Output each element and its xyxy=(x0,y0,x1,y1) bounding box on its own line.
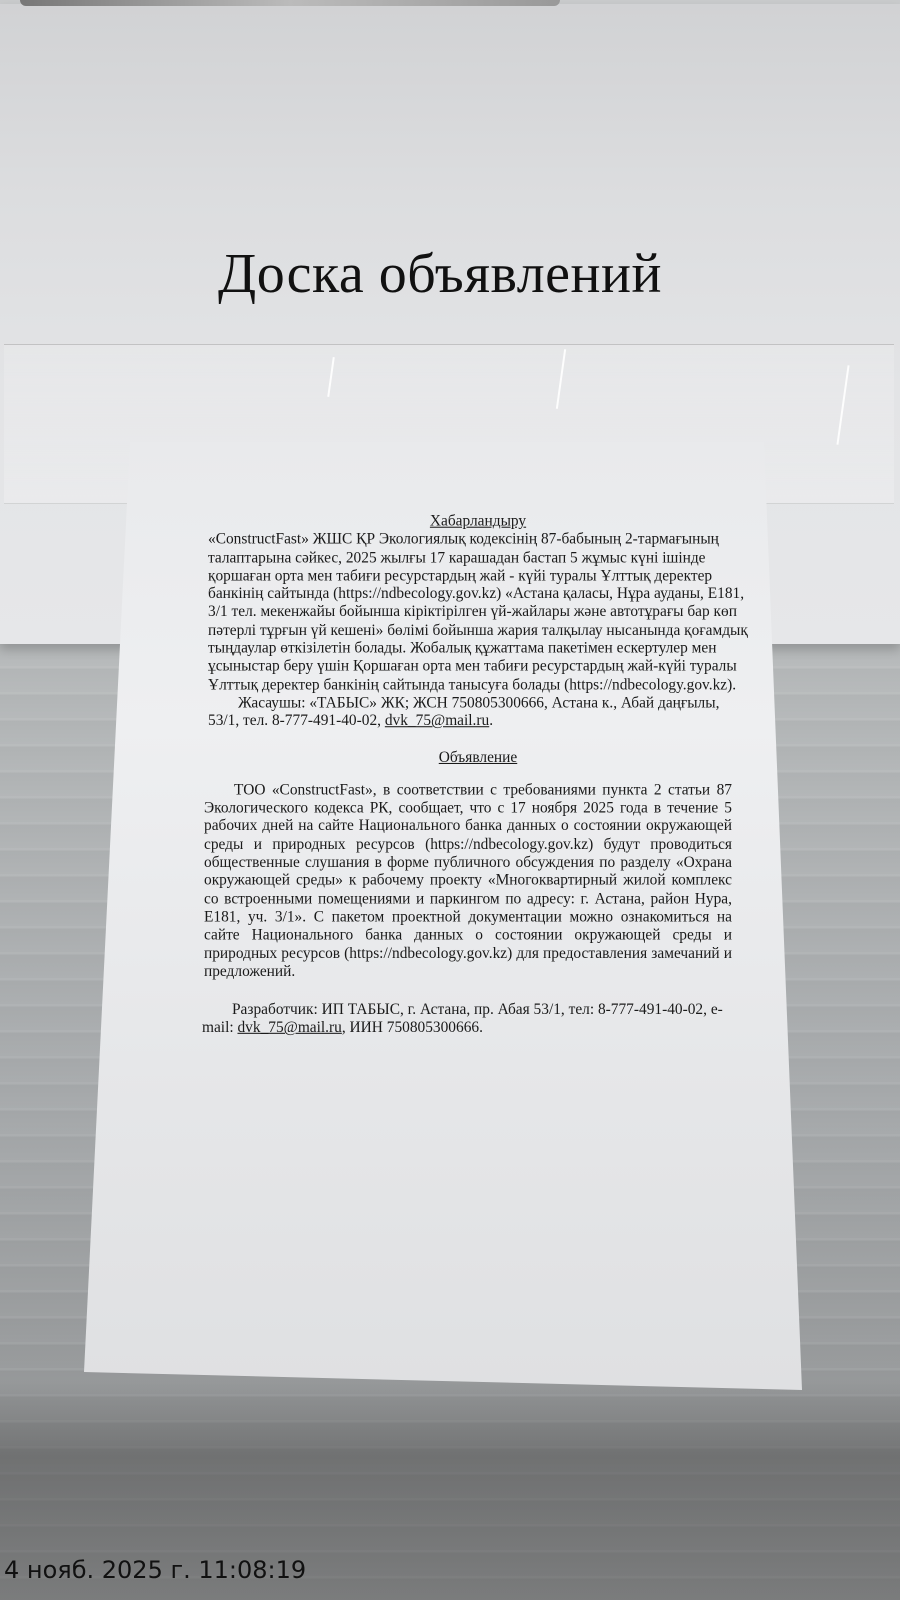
tape-glint xyxy=(556,349,566,409)
notice-ru-heading: Объявление xyxy=(208,748,748,766)
notice-kz-body: «ConstructFast» ЖШС ҚР Экологиялық кодек… xyxy=(208,530,748,693)
notice-kz-heading: Хабарландыру xyxy=(208,512,748,530)
notice-ru-email-link[interactable]: dvk_75@mail.ru xyxy=(237,1019,341,1037)
photo-timestamp: 4 нояб. 2025 г. 11:08:19 xyxy=(4,1556,306,1584)
board-title: Доска объявлений xyxy=(0,242,880,306)
notice-document: Хабарландыру «ConstructFast» ЖШС ҚР Экол… xyxy=(208,512,748,1037)
top-clip xyxy=(20,0,560,6)
notice-kz-developer: Жасаушы: «ТАБЫС» ЖК; ЖСН 750805300666, А… xyxy=(208,694,748,730)
tape-glint xyxy=(836,365,849,444)
notice-ru-developer: Разработчик: ИП ТАБЫС, г. Астана, пр. Аб… xyxy=(202,1000,738,1036)
notice-kz-developer-suffix: . xyxy=(489,712,493,730)
notice-ru-developer-suffix: , ИИН 750805300666. xyxy=(342,1019,483,1037)
notice-ru-body: ТОО «ConstructFast», в соответствии с тр… xyxy=(204,781,732,981)
notice-kz-email-link[interactable]: dvk_75@mail.ru xyxy=(385,712,489,730)
tape-glint xyxy=(327,357,335,397)
